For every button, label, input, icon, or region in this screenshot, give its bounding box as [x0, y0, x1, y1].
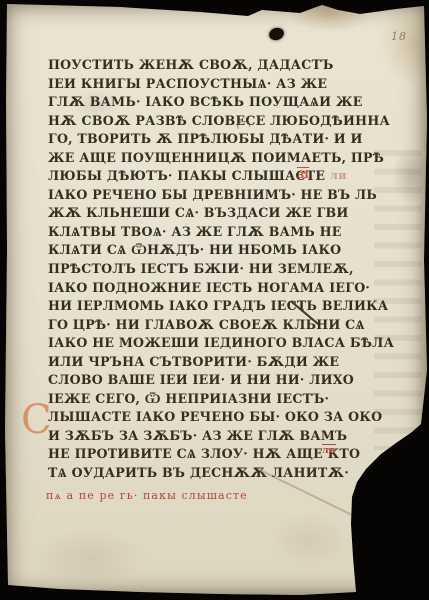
manuscript-photo: 18 ПОУСТИТЬ ЖЕНѪ СВОѪ, ДАДАСТЪ ІЕИ КНИГЫ…	[0, 0, 429, 600]
text-line: НИ ІЕРЛМОМЬ ІАКО ГРАДЪ ІЕСТЬ ВЕЛИКА	[48, 297, 370, 316]
text-line: СЛОВО ВАШЕ ІЕИ ІЕИ· И НИ НИ· ЛИХО	[48, 371, 370, 390]
text-line: ІЕЖЕ СЕГО, Ѿ НЕПРИІАЗНИ ІЕСТЪ·	[48, 390, 370, 409]
wormhole-dot	[268, 26, 286, 42]
manuscript-page: 18 ПОУСТИТЬ ЖЕНѪ СВОѪ, ДАДАСТЪ ІЕИ КНИГЫ…	[0, 0, 429, 600]
text-line: ПОУСТИТЬ ЖЕНѪ СВОѪ, ДАДАСТЪ	[48, 56, 370, 75]
text-line: И ЗѪБЪ ЗА ЗѪБЪ· АЗ ЖЕ ГЛѪ ВАМЪ	[48, 427, 370, 446]
folio-number: 18	[391, 30, 407, 43]
text-line: ЖЕ АЩЕ ПОУЩЕННИЦѪ ПОИМАЕТЬ, ПРѢ	[48, 149, 370, 168]
text-line: ГО, ТВОРИТЬ Ѫ ПРѢЛЮБЫ ДѢАТИ· И И	[48, 130, 370, 149]
text-line: ІАКО НЕ МОЖЕШИ ІЕДИНОГО ВЛАСА БѢЛА	[48, 334, 370, 353]
marginal-gloss-li: ли	[330, 169, 347, 182]
text-line: КЛѦТИ СѦ ѾНѪДЪ· НИ НБОМЬ ІАКО	[48, 241, 370, 260]
text-line: ІЕИ КНИГЫ РАСПОУСТНЫѦ· АЗ ЖЕ	[48, 75, 370, 94]
text-line: НѪ СВОѪ РАЗВѢ СЛОВЕСЕ ЛЮБОДѢИННА	[48, 112, 370, 131]
text-line: ПРѢСТОЛЪ ІЕСТЪ БЖІИ· НИ ЗЕМЛЕѪ,	[48, 260, 370, 279]
text-line: ІАКО ПОДНОЖНИЕ ІЕСТЬ НОГАМА ІЕГО·	[48, 279, 370, 298]
text-line: ЛЫШАСТЕ ІАКО РЕЧЕНО БЫ· ОКО ЗА ОКО	[48, 408, 370, 427]
marginal-gloss-lth: лѳ	[322, 445, 336, 456]
text-line: ІАКО РЕЧЕНО БЫ ДРЕВНІИМЪ· НЕ ВЪ ЛЬ	[48, 186, 370, 205]
text-block: ПОУСТИТЬ ЖЕНѪ СВОѪ, ДАДАСТЪ ІЕИ КНИГЫ РА…	[48, 56, 370, 483]
text-line: ЛЮБЫ ДѢЮТЪ· ПАКЫ СЛЫШАСТЕ	[48, 167, 370, 186]
rubric-line: пѧ а пе ре гь· пакы слышасте	[46, 489, 248, 502]
text-line: ГО ЦРѢ· НИ ГЛАВОѪ СВОЕѪ КЛЬНИ СѦ	[48, 316, 370, 335]
text-line: ТѦ ОУДАРИТЬ ВЪ ДЕСНѪѪ ЛАНИТѪ·	[48, 464, 370, 483]
text-line: КЛѦТВЫ ТВОѦ· АЗ ЖЕ ГЛѪ ВАМЬ НЕ	[48, 223, 370, 242]
marginal-initial-c: С	[21, 400, 52, 440]
text-line: ГЛѪ ВАМЬ· ІАКО ВСѢКЬ ПОУЩАѦИ ЖЕ	[48, 93, 370, 112]
text-line: ИЛИ ЧРЪНА СЪТВОРИТИ· БѪДИ ЖЕ	[48, 353, 370, 372]
verso-show-through	[374, 150, 422, 450]
text-line: ЖѪ КЛЬНЕШИ СѦ· ВЪЗДАСИ ЖЕ ГВИ	[48, 204, 370, 223]
marginal-gloss-zi: зі	[297, 168, 309, 181]
